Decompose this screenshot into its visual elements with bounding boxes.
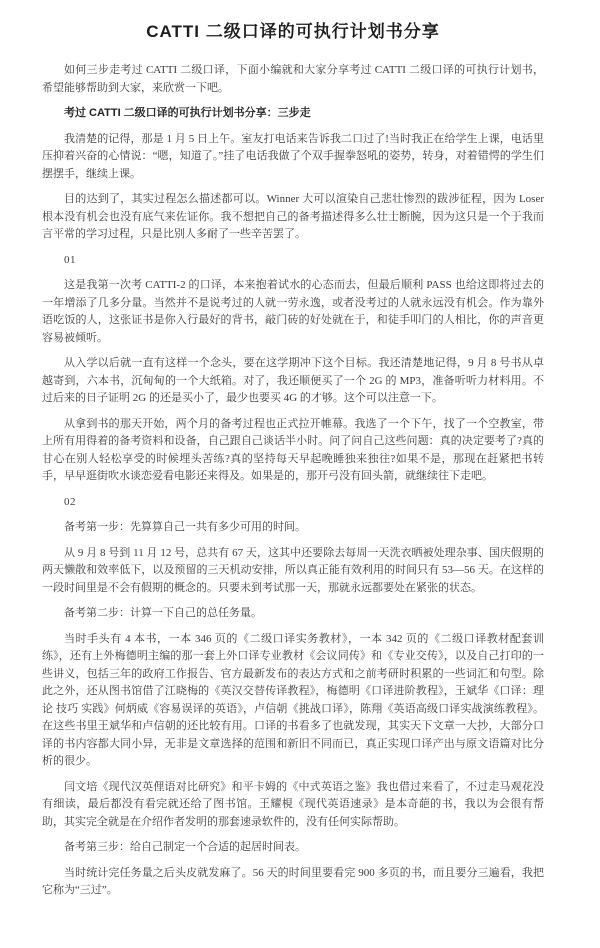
document-page: CATTI 二级口译的可执行计划书分享 如何三步走考过 CATTI 二级口译，下… [0,0,600,948]
paragraph-phone-call: 我清楚的记得，那是 1 月 5 日上午。室友打电话来告诉我二口过了!当时我正在给… [42,131,544,184]
paragraph-winner-loser: 目的达到了，其实过程怎么描述都可以。Winner 大可以渲染自己悲壮惨烈的跋涉征… [42,191,544,244]
paragraph-first-attempt: 这是我第一次考 CATTI-2 的口译，本来抱着试水的心态而去，但最后顺利 PA… [42,277,544,347]
paragraph-books-arrival: 从入学以后就一直有这样一个念头，要在这学期冲下这个目标。我还清楚地记得，9 月 … [42,355,544,408]
step-one-heading: 备考第一步：先算算自己一共有多少可用的时间。 [42,519,544,537]
paragraph-borrowed-books: 闫文培《现代汉英俚语对比研究》和平卡姆的《中式英语之鉴》我也借过来看了，不过走马… [42,779,544,832]
section-number-01: 01 [42,252,544,270]
paragraph-book-list: 当时手头有 4 本书，一本 346 页的《二级口译实务教材》，一本 342 页的… [42,631,544,771]
document-title: CATTI 二级口译的可执行计划书分享 [42,21,544,43]
paragraph-self-talk: 从拿到书的那天开始，两个月的备考过程也正式拉开帷幕。我选了一个下午，找了一个空教… [42,416,544,486]
three-steps-heading: 考过 CATTI 二级口译的可执行计划书分享：三步走 [42,105,544,123]
paragraph-time-budget: 从 9 月 8 号到 11 月 12 号，总共有 67 天，这其中还要除去每周一… [42,545,544,598]
paragraph-three-pass: 当时统计完任务量之后头皮就发麻了。56 天的时间里要看完 900 多页的书，而且… [42,865,544,900]
step-two-heading: 备考第二步：计算一下自己的总任务量。 [42,605,544,623]
section-number-02: 02 [42,494,544,512]
intro-paragraph: 如何三步走考过 CATTI 二级口译，下面小编就和大家分享考过 CATTI 二级… [42,62,544,97]
step-three-heading: 备考第三步：给自己制定一个合适的起居时间表。 [42,839,544,857]
